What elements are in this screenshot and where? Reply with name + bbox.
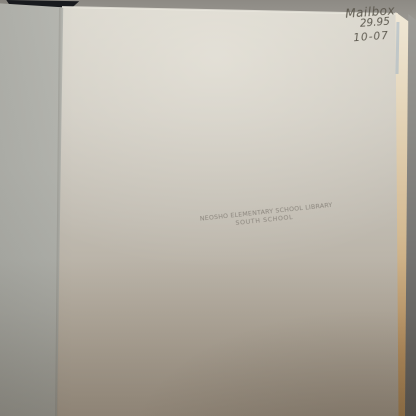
book-photo: Mailbox 29.95 10-07 NEOSHO ELEMENTARY SC… [0, 0, 416, 416]
flyleaf-page [0, 0, 416, 416]
handwritten-note: Mailbox 29.95 10-07 [317, 4, 397, 45]
